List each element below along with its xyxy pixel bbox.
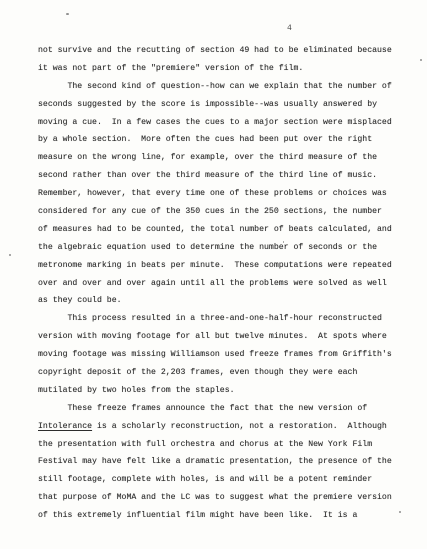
document-line: moving footage was missing Williamson us… — [38, 346, 410, 364]
document-line: considered for any cue of the 350 cues i… — [38, 203, 410, 221]
document-line: of measures had to be counted, the total… — [38, 221, 410, 239]
scan-speck — [66, 13, 69, 15]
document-line: over and over and over again until all t… — [38, 275, 410, 293]
document-line: seconds suggested by the score is imposs… — [38, 96, 410, 114]
text-block: not survive and the recutting of section… — [38, 42, 410, 525]
line-text: These freeze frames announce the fact th… — [38, 404, 367, 413]
line-text: second rather than over the third measur… — [38, 171, 377, 180]
line-text: not survive and the recutting of section… — [38, 46, 392, 55]
scan-speck — [399, 511, 401, 513]
document-line: moving a cue. In a few cases the cues to… — [38, 114, 410, 132]
line-text: seconds suggested by the score is imposs… — [38, 100, 377, 109]
document-line: measure on the wrong line, for example, … — [38, 149, 410, 167]
line-text: it was not part of the "premiere" versio… — [38, 64, 303, 73]
line-text: Festival may have felt like a dramatic p… — [38, 457, 392, 466]
scan-speck — [9, 254, 11, 256]
line-text: the presentation with full orchestra and… — [38, 440, 372, 449]
document-line: The second kind of question--how can we … — [38, 78, 410, 96]
document-line: version with moving footage for all but … — [38, 328, 410, 346]
line-text: of this extremely influential film might… — [38, 511, 357, 520]
document-line: it was not part of the "premiere" versio… — [38, 60, 410, 78]
line-text: of measures had to be counted, the total… — [38, 225, 392, 234]
document-line: still footage, complete with holes, is a… — [38, 471, 410, 489]
line-text: considered for any cue of the 350 cues i… — [38, 207, 382, 216]
line-text: over and over and over again until all t… — [38, 279, 387, 288]
underlined-text: Intolerance — [38, 422, 92, 431]
line-text: The second kind of question--how can we … — [38, 82, 392, 91]
document-line: not survive and the recutting of section… — [38, 42, 410, 60]
line-text: copyright deposit of the 2,203 frames, e… — [38, 368, 357, 377]
document-line: as they could be. — [38, 292, 410, 310]
document-line: Remember, however, that every time one o… — [38, 185, 410, 203]
line-text: is a scholarly reconstruction, not a res… — [92, 422, 387, 431]
line-text: metronome marking in beats per minute. T… — [38, 261, 392, 270]
line-text: Remember, however, that every time one o… — [38, 189, 387, 198]
page-number: 4 — [287, 24, 292, 33]
document-line: Intolerance is a scholarly reconstructio… — [38, 418, 410, 436]
line-text: moving a cue. In a few cases the cues to… — [38, 118, 392, 127]
document-line: Festival may have felt like a dramatic p… — [38, 453, 410, 471]
document-line: that purpose of MoMA and the LC was to s… — [38, 489, 410, 507]
scanned-document-page: 4 not survive and the recutting of secti… — [0, 0, 427, 549]
line-text: measure on the wrong line, for example, … — [38, 153, 377, 162]
document-line: These freeze frames announce the fact th… — [38, 400, 410, 418]
line-text: mutilated by two holes from the staples. — [38, 386, 235, 395]
line-text: version with moving footage for all but … — [38, 332, 387, 341]
document-line: metronome marking in beats per minute. T… — [38, 257, 410, 275]
line-text: the algebraic equation used to determine… — [38, 243, 377, 252]
line-text: moving footage was missing Williamson us… — [38, 350, 392, 359]
document-line: of this extremely influential film might… — [38, 507, 410, 525]
line-text: as they could be. — [38, 296, 122, 305]
document-line: mutilated by two holes from the staples. — [38, 382, 410, 400]
scan-speck — [283, 241, 284, 243]
line-text: This process resulted in a three-and-one… — [38, 314, 382, 323]
document-line: the presentation with full orchestra and… — [38, 436, 410, 454]
document-line: This process resulted in a three-and-one… — [38, 310, 410, 328]
document-line: the algebraic equation used to determine… — [38, 239, 410, 257]
scan-speck — [420, 59, 422, 61]
document-line: copyright deposit of the 2,203 frames, e… — [38, 364, 410, 382]
line-text: still footage, complete with holes, is a… — [38, 475, 372, 484]
document-line: second rather than over the third measur… — [38, 167, 410, 185]
line-text: by a whole section. More often the cues … — [38, 135, 372, 144]
line-text: that purpose of MoMA and the LC was to s… — [38, 493, 392, 502]
document-line: by a whole section. More often the cues … — [38, 131, 410, 149]
